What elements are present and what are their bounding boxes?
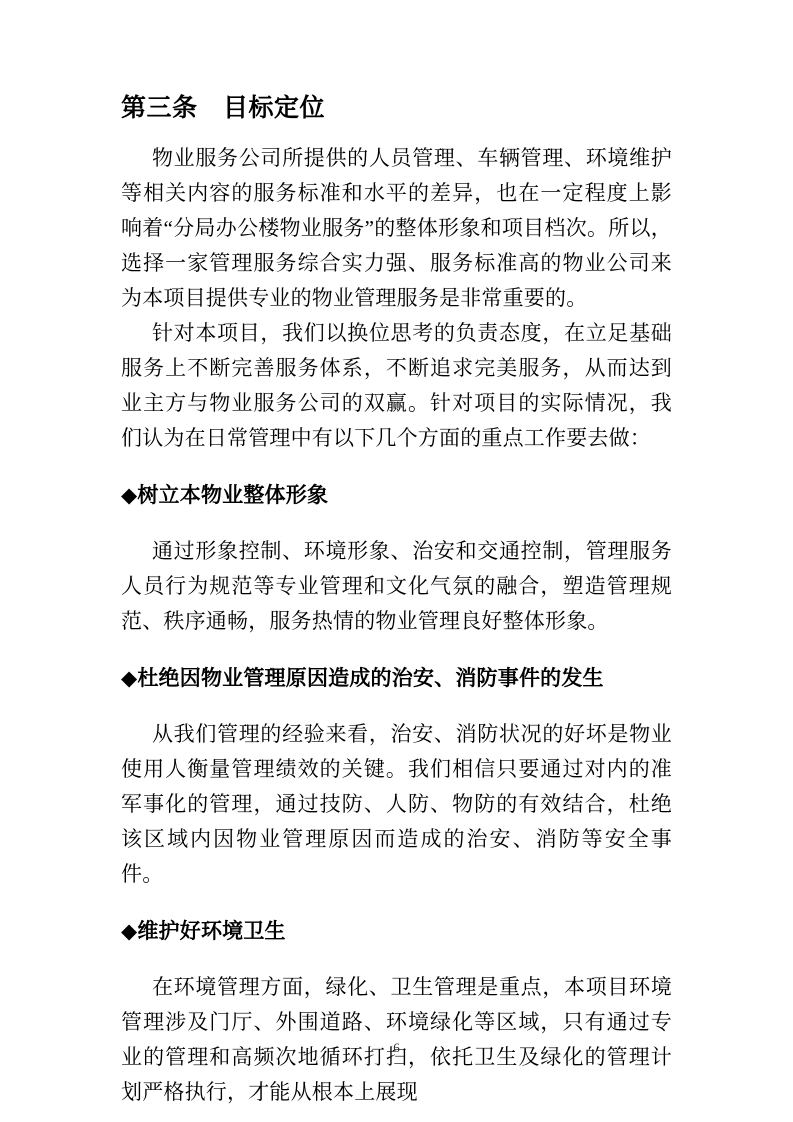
intro-paragraph-1: 物业服务公司所提供的人员管理、车辆管理、环境维护等相关内容的服务标准和水平的差异…	[121, 141, 672, 316]
intro-paragraph-2: 针对本项目，我们以换位思考的负责态度，在立足基础服务上不断完善服务体系，不断追求…	[121, 316, 672, 456]
section-subheading-image: ◆树立本物业整体形象	[121, 483, 672, 508]
section-paragraph-image: 通过形象控制、环境形象、治安和交通控制，管理服务人员行为规范等专业管理和文化气氛…	[121, 534, 672, 639]
document-page: 第三条 目标定位 物业服务公司所提供的人员管理、车辆管理、环境维护等相关内容的服…	[0, 0, 793, 1122]
page-number: 6	[0, 1040, 793, 1056]
document-content: 第三条 目标定位 物业服务公司所提供的人员管理、车辆管理、环境维护等相关内容的服…	[121, 95, 672, 1110]
section-subheading-environment: ◆维护好环境卫生	[121, 919, 672, 944]
chapter-heading: 第三条 目标定位	[121, 95, 672, 122]
section-paragraph-security: 从我们管理的经验来看，治安、消防状况的好坏是物业使用人衡量管理绩效的关键。我们相…	[121, 717, 672, 892]
section-subheading-security: ◆杜绝因物业管理原因造成的治安、消防事件的发生	[121, 666, 672, 691]
